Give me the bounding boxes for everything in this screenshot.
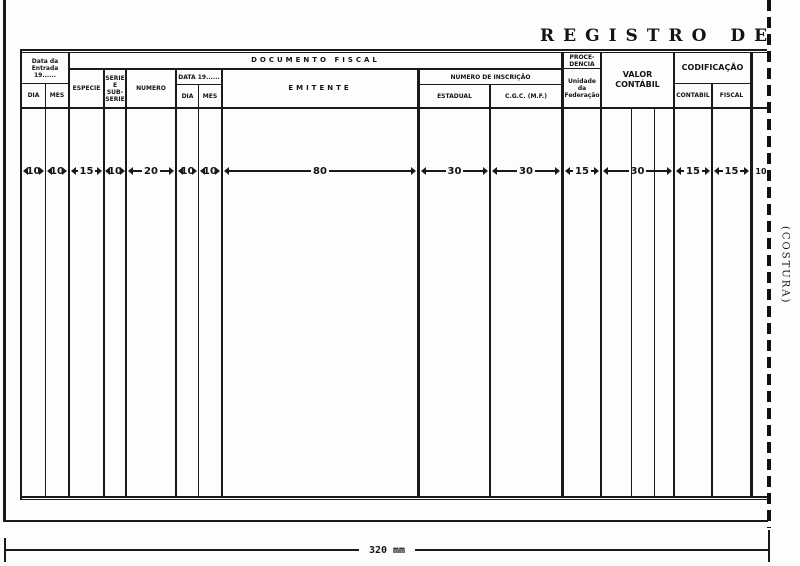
dim-label: 15 bbox=[575, 166, 589, 177]
col-line bbox=[103, 69, 105, 497]
dim-label: 30 bbox=[519, 166, 533, 177]
col-line bbox=[417, 69, 420, 497]
dim-marker: 80 bbox=[223, 163, 417, 179]
header-procedencia: PROCE-DENCIA bbox=[564, 53, 600, 68]
form-title: REGISTRO DE bbox=[540, 26, 776, 46]
col-line bbox=[221, 69, 223, 497]
dim-marker: 10 bbox=[199, 163, 221, 179]
header-estadual: ESTADUAL bbox=[420, 85, 489, 107]
dim-marker: 30 bbox=[602, 163, 673, 179]
header-valor-contabil: VALOR CONTÁBIL bbox=[602, 53, 673, 107]
header-data-entrada: Data da Entrada 19...... bbox=[22, 53, 68, 83]
col-line bbox=[175, 69, 177, 497]
dim-label: 30 bbox=[448, 166, 462, 177]
dim-label: 20 bbox=[144, 166, 158, 177]
outer-left-border bbox=[3, 0, 6, 522]
dim-marker: 10 bbox=[177, 163, 198, 179]
total-width-dimension: 320 mm bbox=[0, 540, 770, 560]
header-codificacao: CODIFICAÇÃO bbox=[675, 53, 750, 83]
dim-marker: 20 bbox=[127, 163, 175, 179]
header-unidade-federacao: Unidade da Federação bbox=[564, 70, 600, 107]
header-contabil: CONTABIL bbox=[675, 84, 711, 107]
header-mes: MES bbox=[46, 84, 68, 107]
dim-label: 15 bbox=[725, 166, 739, 177]
header-numero-inscricao: NUMERO DE INSCRIÇÃO bbox=[420, 70, 561, 84]
header-dia: DIA bbox=[22, 84, 45, 107]
header-mes-doc: MES bbox=[199, 85, 221, 107]
dim-label: 15 bbox=[80, 166, 94, 177]
dim-marker: 15 bbox=[70, 163, 103, 179]
header-data-doc: DATA 19...... bbox=[177, 70, 221, 84]
dim-marker: 15 bbox=[564, 163, 600, 179]
col-line bbox=[750, 53, 753, 497]
col-line bbox=[68, 53, 70, 497]
dim-marker: 15 bbox=[675, 163, 711, 179]
header-serie: SERIE E SUB-SERIE bbox=[105, 70, 125, 107]
header-cgc: C.G.C. (M.F.) bbox=[491, 85, 561, 107]
header-emitente: EMITENTE bbox=[223, 70, 417, 107]
header-line-procedencia bbox=[563, 68, 601, 69]
dim-marker: 30 bbox=[420, 163, 489, 179]
col-line bbox=[198, 84, 199, 497]
header-especie: ESPECIE bbox=[70, 70, 103, 107]
col-line bbox=[489, 84, 491, 497]
dim-label: 15 bbox=[686, 166, 700, 177]
header-numero: NUMERO bbox=[127, 70, 175, 107]
table-top-border bbox=[20, 49, 767, 51]
outer-bottom-border bbox=[3, 520, 768, 522]
header-documento-fiscal: DOCUMENTO FISCAL bbox=[70, 53, 561, 68]
col-line bbox=[20, 49, 22, 500]
binding-label: (COSTURA) bbox=[770, 210, 800, 320]
dim-label: 80 bbox=[313, 166, 327, 177]
col-line bbox=[711, 84, 713, 497]
col-line bbox=[45, 83, 46, 497]
dim-label: 10 bbox=[755, 167, 766, 176]
dim-marker: 10 bbox=[46, 163, 68, 179]
total-width-label: 320 mm bbox=[359, 545, 415, 556]
header-fiscal: FISCAL bbox=[713, 84, 750, 107]
dim-label: 30 bbox=[631, 166, 645, 177]
dim-marker: 30 bbox=[491, 163, 561, 179]
col-line bbox=[125, 69, 127, 497]
dim-marker: 10 bbox=[22, 163, 45, 179]
dim-marker: 15 bbox=[713, 163, 750, 179]
header-dia-doc: DIA bbox=[177, 85, 198, 107]
table-bottom-border-inner bbox=[20, 499, 767, 500]
col-line bbox=[673, 53, 675, 497]
dim-marker: 10 bbox=[105, 163, 125, 179]
col-line bbox=[600, 53, 602, 497]
col-line bbox=[561, 53, 564, 497]
